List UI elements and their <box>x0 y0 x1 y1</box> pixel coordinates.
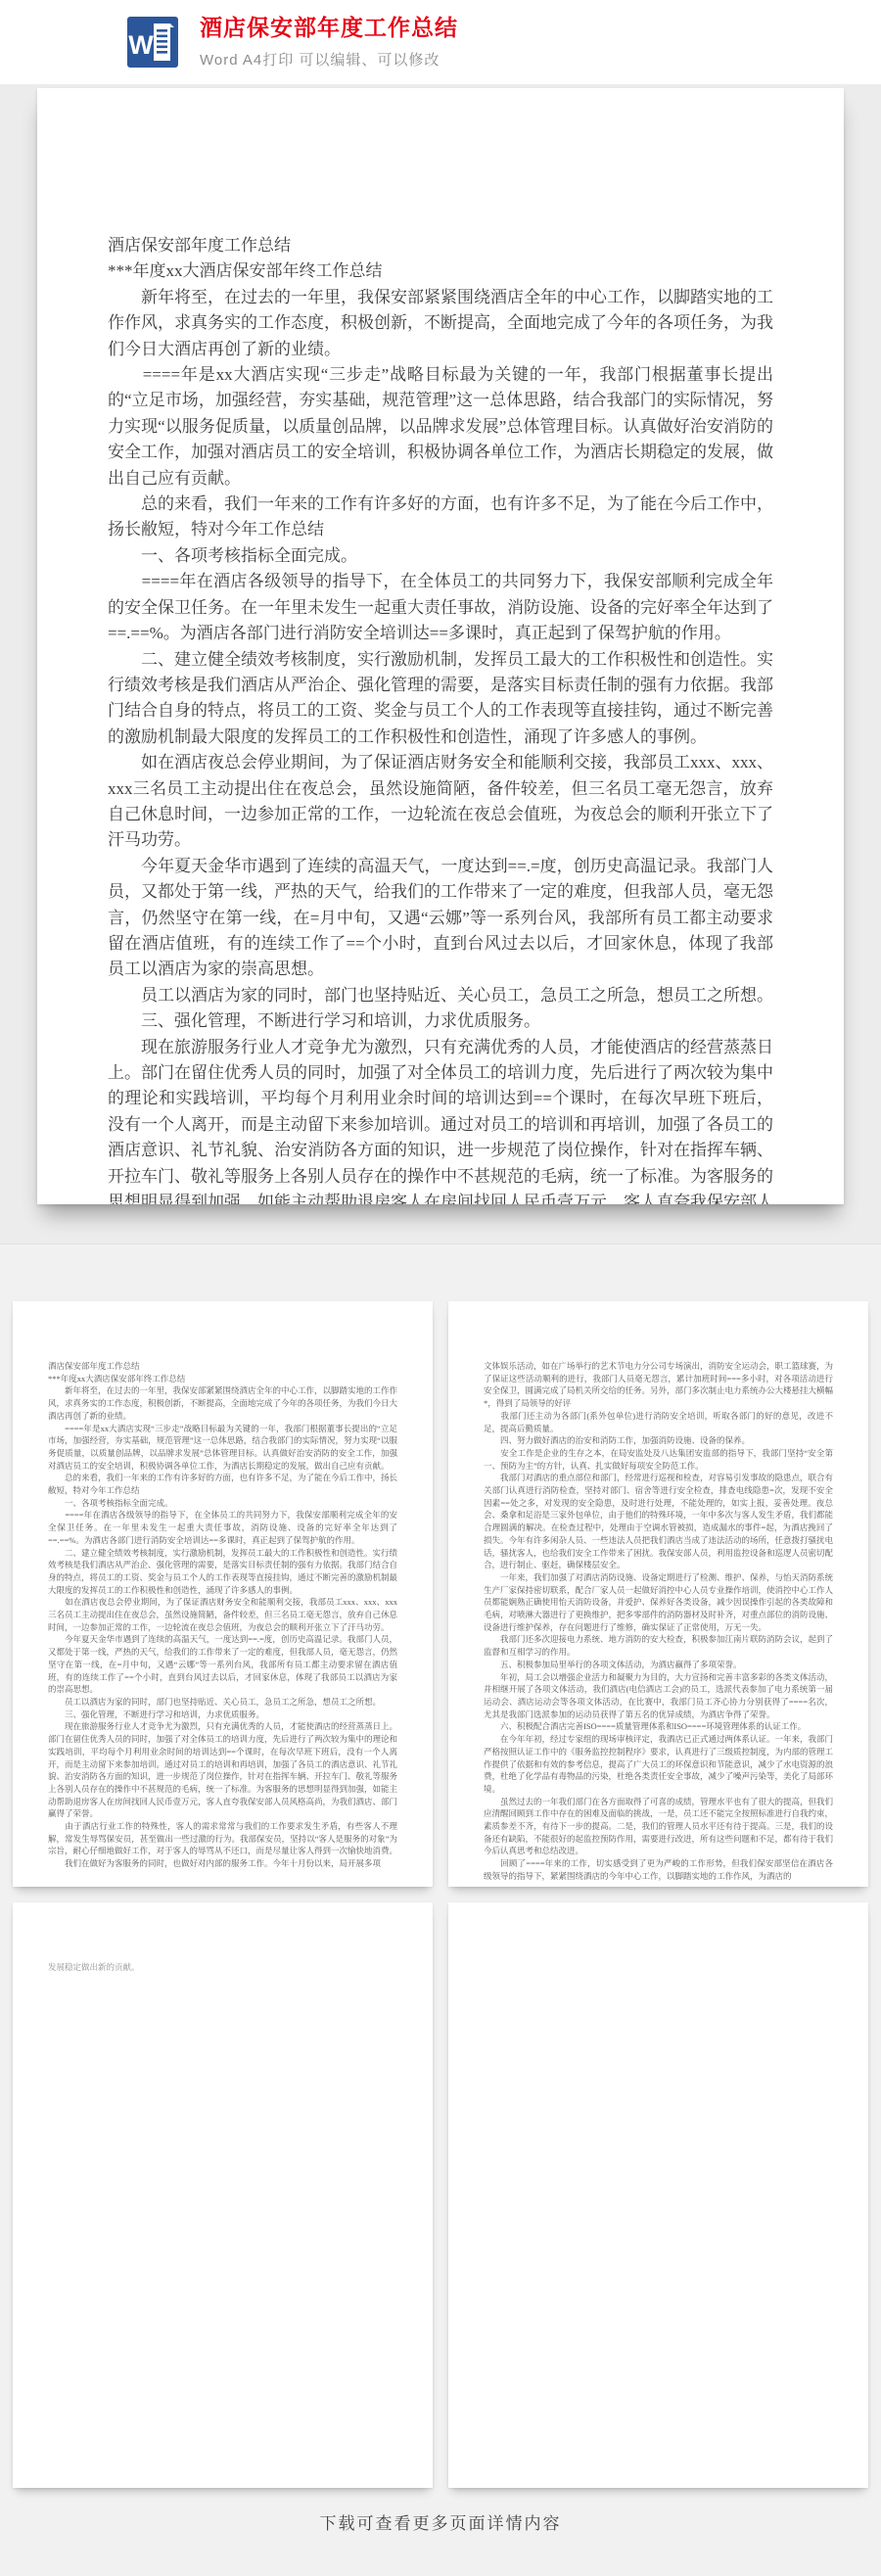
thumbnail-stage: 酒店保安部年度工作总结***年度xx大酒店保安部年终工作总结 新年将至，在过去的… <box>0 1243 881 2576</box>
paragraph: 二、建立健全绩效考核制度，实行激励机制，发挥员工最大的工作积极性和创造性。实行绩… <box>48 1547 397 1597</box>
page-thumbnail-2[interactable]: 文体娱乐活动，如在广场举行的艺术节电力分公司专场演出，消防安全运动会，职工篮球赛… <box>448 1301 868 1887</box>
thumbnail-row-1: 酒店保安部年度工作总结***年度xx大酒店保安部年终工作总结 新年将至，在过去的… <box>13 1301 868 1887</box>
paragraph: 在今年年初，经过专家组的现场审核评定，我酒店已正式通过两体系认证。一年来，我部门… <box>484 1733 833 1796</box>
paragraph: ====年在酒店各级领导的指导下，在全体员工的共同努力下，我保安部顺利完成全年的… <box>108 569 773 646</box>
paragraph: 六、积极配合酒店完善ISO====质量管理体系和ISO====环境管理体系的认证… <box>484 1720 833 1733</box>
site-header: W 酒店保安部年度工作总结 Word A4打印 可以编辑、可以修改 <box>0 0 881 84</box>
paragraph: 一、各项考核指标全面完成。 <box>48 1497 397 1510</box>
paragraph: 虽然过去的一年我们部门在各方面取得了可喜的成绩，管理水平也有了很大的提高，但我们… <box>484 1796 833 1858</box>
paragraph: 发展稳定做出新的贡献。 <box>48 1961 397 1974</box>
paragraph: 二、建立健全绩效考核制度，实行激励机制，发挥员工最大的工作积极性和创造性。实行绩… <box>108 647 773 751</box>
paragraph: 由于酒店行业工作的特殊性，客人的需求常常与我们的工作要求发生矛盾，有些客人不理解… <box>48 1820 397 1857</box>
paragraph: 员工以酒店为家的同时，部门也坚持贴近、关心员工，急员工之所急，想员工之所想。 <box>108 983 773 1008</box>
paragraph: 新年将至，在过去的一年里，我保安部紧紧围绕酒店全年的中心工作，以脚踏实地的工作作… <box>48 1384 397 1422</box>
page-thumbnail-1[interactable]: 酒店保安部年度工作总结***年度xx大酒店保安部年终工作总结 新年将至，在过去的… <box>13 1301 433 1887</box>
paragraph: 员工以酒店为家的同时，部门也坚持贴近、关心员工，急员工之所急，想员工之所想。 <box>48 1696 397 1709</box>
paragraph: 安全工作是企业的生存之本，在局安监处及八达集团安监部的指导下，我部门坚持“安全第… <box>484 1447 833 1472</box>
paragraph: ***年度xx大酒店保安部年终工作总结 <box>108 258 773 284</box>
paragraph: 总的来看，我们一年来的工作有许多好的方面，也有许多不足，为了能在今后工作中，扬长… <box>48 1472 397 1496</box>
paragraph: ====年在酒店各级领导的指导下，在全体员工的共同努力下，我保安部顺利完成全年的… <box>48 1509 397 1546</box>
paragraph: 酒店保安部年度工作总结 <box>48 1360 397 1373</box>
paragraph: 现在旅游服务行业人才竞争尤为激烈，只有充满优秀的人员，才能使酒店的经营蒸蒸日上。… <box>108 1035 773 1204</box>
paragraph: 一年来，我们加强了对酒店消防设施、设备定期进行了检测、维护、保养，与怡天消防系统… <box>484 1571 833 1634</box>
paragraph: 文体娱乐活动，如在广场举行的艺术节电力分公司专场演出，消防安全运动会，职工篮球赛… <box>484 1360 833 1410</box>
word-document-icon: W <box>127 17 178 68</box>
paragraph: 我部门对酒店的重点部位和部门，经常进行巡视和检查，对容易引发事故的隐患点，联合有… <box>484 1472 833 1571</box>
page-thumbnail-3[interactable]: 发展稳定做出新的贡献。 <box>13 1902 433 2488</box>
download-hint[interactable]: 下载可查看更多页面详情内容 <box>13 2488 868 2559</box>
paragraph: 回顾了====年来的工作，切实感受到了更为严峻的工作形势，但我们保安部坚信在酒店… <box>484 1857 833 1882</box>
paragraph: 今年夏天金华市遇到了连续的高温天气，一度达到==.=度，创历史高温记录。我部门人… <box>108 854 773 983</box>
page-subtitle: Word A4打印 可以编辑、可以修改 <box>200 49 458 70</box>
paragraph: 今年夏天金华市遇到了连续的高温天气，一度达到==.=度，创历史高温记录。我部门人… <box>48 1633 397 1696</box>
page-title: 酒店保安部年度工作总结 <box>200 15 458 42</box>
paragraph: 三、强化管理，不断进行学习和培训，力求优质服务。 <box>48 1709 397 1721</box>
paragraph: 我们在做好为客服务的同时，也做好对内部的服务工作。今年十月份以来，局开展多项 <box>48 1857 397 1870</box>
paragraph: 五、积极参加局里举行的各项文体活动，为酒店赢得了多项荣誉。 <box>484 1659 833 1671</box>
paragraph: 三、强化管理，不断进行学习和培训，力求优质服务。 <box>108 1008 773 1034</box>
paragraph: 现在旅游服务行业人才竞争尤为激烈，只有充满优秀的人员，才能使酒店的经营蒸蒸日上。… <box>48 1720 397 1820</box>
paragraph: 我部门还多次迎接电力系统、地方消防的安大检查，积极参加江南片联防消防会议，起到了… <box>484 1633 833 1658</box>
paragraph: ====年是xx大酒店实现“三步走”战略目标最为关键的一年，我部门根据董事长提出… <box>48 1423 397 1473</box>
svg-text:W: W <box>128 30 154 60</box>
page-thumbnail-4[interactable] <box>448 1902 868 2488</box>
thumbnail-row-2: 发展稳定做出新的贡献。 <box>13 1902 868 2488</box>
paragraph: 一、各项考核指标全面完成。 <box>108 543 773 569</box>
paragraph: 如在酒店夜总会停业期间，为了保证酒店财务安全和能顺利交接，我部员工xxx、xxx… <box>48 1596 397 1633</box>
paragraph: 总的来看，我们一年来的工作有许多好的方面，也有许多不足，为了能在今后工作中，扬长… <box>108 492 773 543</box>
paragraph: 年初，局工会以增强企业活力和凝聚力为目的，大力宣扬和完善丰富多彩的各类文体活动，… <box>484 1671 833 1721</box>
page-preview-1[interactable]: 酒店保安部年度工作总结***年度xx大酒店保安部年终工作总结 新年将至，在过去的… <box>37 88 844 1204</box>
preview-stage: 酒店保安部年度工作总结***年度xx大酒店保安部年终工作总结 新年将至，在过去的… <box>0 84 881 1243</box>
paragraph: 如在酒店夜总会停业期间，为了保证酒店财务安全和能顺利交接，我部员工xxx、xxx… <box>108 750 773 854</box>
paragraph: 新年将至，在过去的一年里，我保安部紧紧围绕酒店全年的中心工作，以脚踏实地的工作作… <box>108 285 773 362</box>
paragraph: 酒店保安部年度工作总结 <box>108 233 773 258</box>
paragraph: 四、努力做好酒店的治安和消防工作，加强消防设施、设备的保养。 <box>484 1434 833 1447</box>
paragraph: ***年度xx大酒店保安部年终工作总结 <box>48 1373 397 1385</box>
paragraph: ====年是xx大酒店实现“三步走”战略目标最为关键的一年，我部门根据董事长提出… <box>108 362 773 492</box>
paragraph: 我部门还主动为各部门(系外包单位)进行消防安全培训，听取各部门的好的意见，改进不… <box>484 1410 833 1434</box>
